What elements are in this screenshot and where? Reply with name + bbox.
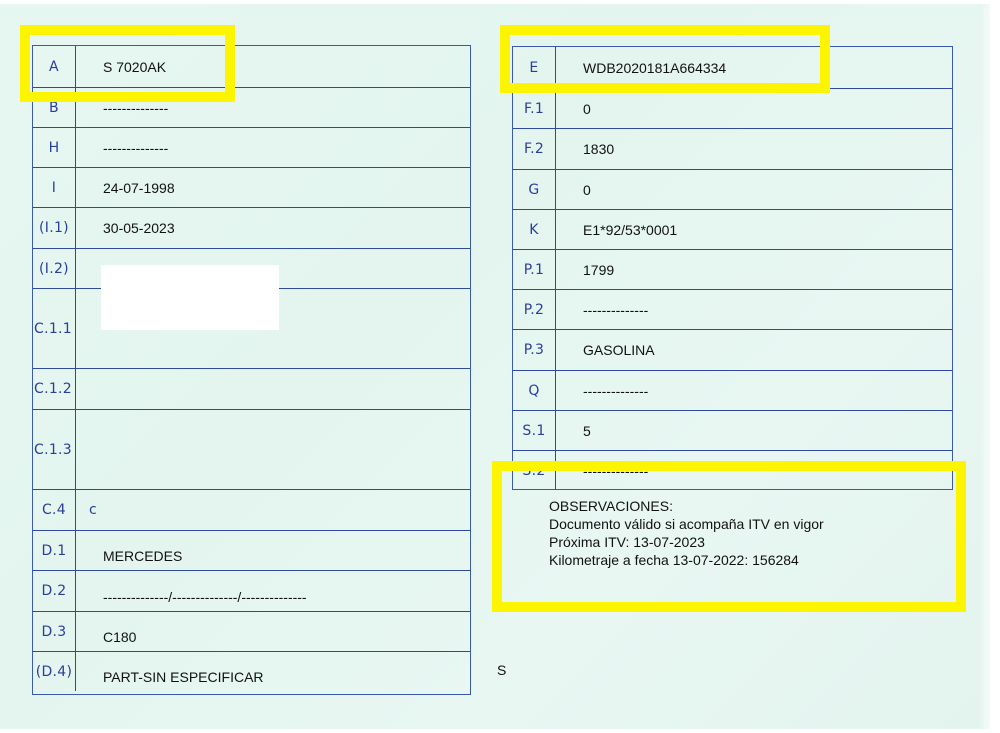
- field-row-p3: P.3GASOLINA: [513, 329, 952, 370]
- field-row-f1: F.10: [513, 88, 952, 128]
- field-row-d2: D.2--------------/--------------/-------…: [33, 570, 470, 611]
- field-code: S.1: [513, 411, 556, 450]
- field-row-p2: P.2--------------: [513, 289, 952, 329]
- field-code: K: [513, 210, 556, 249]
- field-value: c: [89, 490, 97, 530]
- field-value: --------------/--------------/----------…: [103, 571, 307, 611]
- field-code: C.1.1: [33, 289, 76, 368]
- field-code: D.3: [33, 612, 76, 651]
- redacted-owner-block: [101, 265, 279, 330]
- field-row-c13: C.1.3: [33, 409, 470, 489]
- field-value: 24-07-1998: [103, 168, 175, 207]
- field-row-f2: F.21830: [513, 128, 952, 169]
- field-value: 1799: [583, 250, 614, 289]
- field-code: P.3: [513, 330, 556, 370]
- field-code: Q: [513, 371, 556, 410]
- field-code: P.2: [513, 290, 556, 329]
- field-row-q: Q--------------: [513, 370, 952, 410]
- left-field-table: AS 7020AKB--------------H--------------I…: [32, 45, 471, 695]
- field-code: B: [33, 88, 76, 127]
- field-code: (I.1): [33, 208, 76, 248]
- field-code: I: [33, 168, 76, 207]
- observations-block: OBSERVACIONES: Documento válido si acomp…: [549, 497, 824, 569]
- field-value: --------------: [583, 290, 648, 329]
- field-value: --------------: [583, 451, 648, 490]
- field-code: E: [513, 47, 556, 88]
- field-row-d3: D.3C180: [33, 611, 470, 651]
- field-row-d1: D.1MERCEDES: [33, 530, 470, 570]
- field-value: E1*92/53*0001: [583, 210, 677, 249]
- field-code: F.2: [513, 129, 556, 169]
- field-row-e: EWDB2020181A664334: [513, 47, 952, 88]
- observations-title: OBSERVACIONES:: [549, 497, 824, 515]
- field-code: P.1: [513, 250, 556, 289]
- field-row-p1: P.11799: [513, 249, 952, 289]
- field-code: (D.4): [33, 652, 76, 691]
- field-value: 1830: [583, 129, 614, 169]
- field-value: 0: [583, 170, 591, 209]
- field-row-s2: S.2--------------: [513, 450, 952, 490]
- field-code: S.2: [513, 451, 556, 490]
- field-value: GASOLINA: [583, 330, 655, 370]
- field-code: H: [33, 128, 76, 167]
- field-row-c12: C.1.2: [33, 368, 470, 409]
- field-row-c4: C.4c: [33, 489, 470, 530]
- field-row-h: H--------------: [33, 127, 470, 167]
- footer-mark: S: [497, 662, 506, 678]
- field-value: 0: [583, 89, 591, 128]
- field-row-d4: (D.4)PART-SIN ESPECIFICAR: [33, 651, 470, 691]
- field-code: C.1.2: [33, 369, 76, 409]
- field-code: G: [513, 170, 556, 209]
- field-value: --------------: [103, 88, 168, 127]
- field-row-i1: (I.1)30-05-2023: [33, 207, 470, 248]
- field-row-a: AS 7020AK: [33, 46, 470, 87]
- field-value: --------------: [583, 371, 648, 410]
- field-code: F.1: [513, 89, 556, 128]
- field-value: 30-05-2023: [103, 208, 175, 248]
- field-code: C.4: [33, 490, 76, 530]
- registration-card: AS 7020AKB--------------H--------------I…: [0, 4, 990, 729]
- field-row-k: KE1*92/53*0001: [513, 209, 952, 249]
- field-value: S 7020AK: [103, 46, 166, 87]
- field-value: 5: [583, 411, 591, 450]
- field-row-b: B--------------: [33, 87, 470, 127]
- field-value: PART-SIN ESPECIFICAR: [103, 652, 264, 691]
- observation-line: Próxima ITV: 13-07-2023: [549, 533, 824, 551]
- observation-line: Documento válido si acompaña ITV en vigo…: [549, 515, 824, 533]
- field-code: A: [33, 46, 76, 87]
- field-code: D.2: [33, 571, 76, 611]
- field-value: --------------: [103, 128, 168, 167]
- field-value: WDB2020181A664334: [583, 47, 726, 88]
- field-row-g: G0: [513, 169, 952, 209]
- field-code: D.1: [33, 531, 76, 570]
- field-value: C180: [103, 612, 136, 651]
- field-row-i: I24-07-1998: [33, 167, 470, 207]
- field-code: (I.2): [33, 249, 76, 288]
- right-field-table: EWDB2020181A664334F.10F.21830G0KE1*92/53…: [512, 46, 953, 490]
- observation-line: Kilometraje a fecha 13-07-2022: 156284: [549, 551, 824, 569]
- field-row-s1: S.15: [513, 410, 952, 450]
- field-code: C.1.3: [33, 410, 76, 489]
- field-value: MERCEDES: [103, 531, 182, 570]
